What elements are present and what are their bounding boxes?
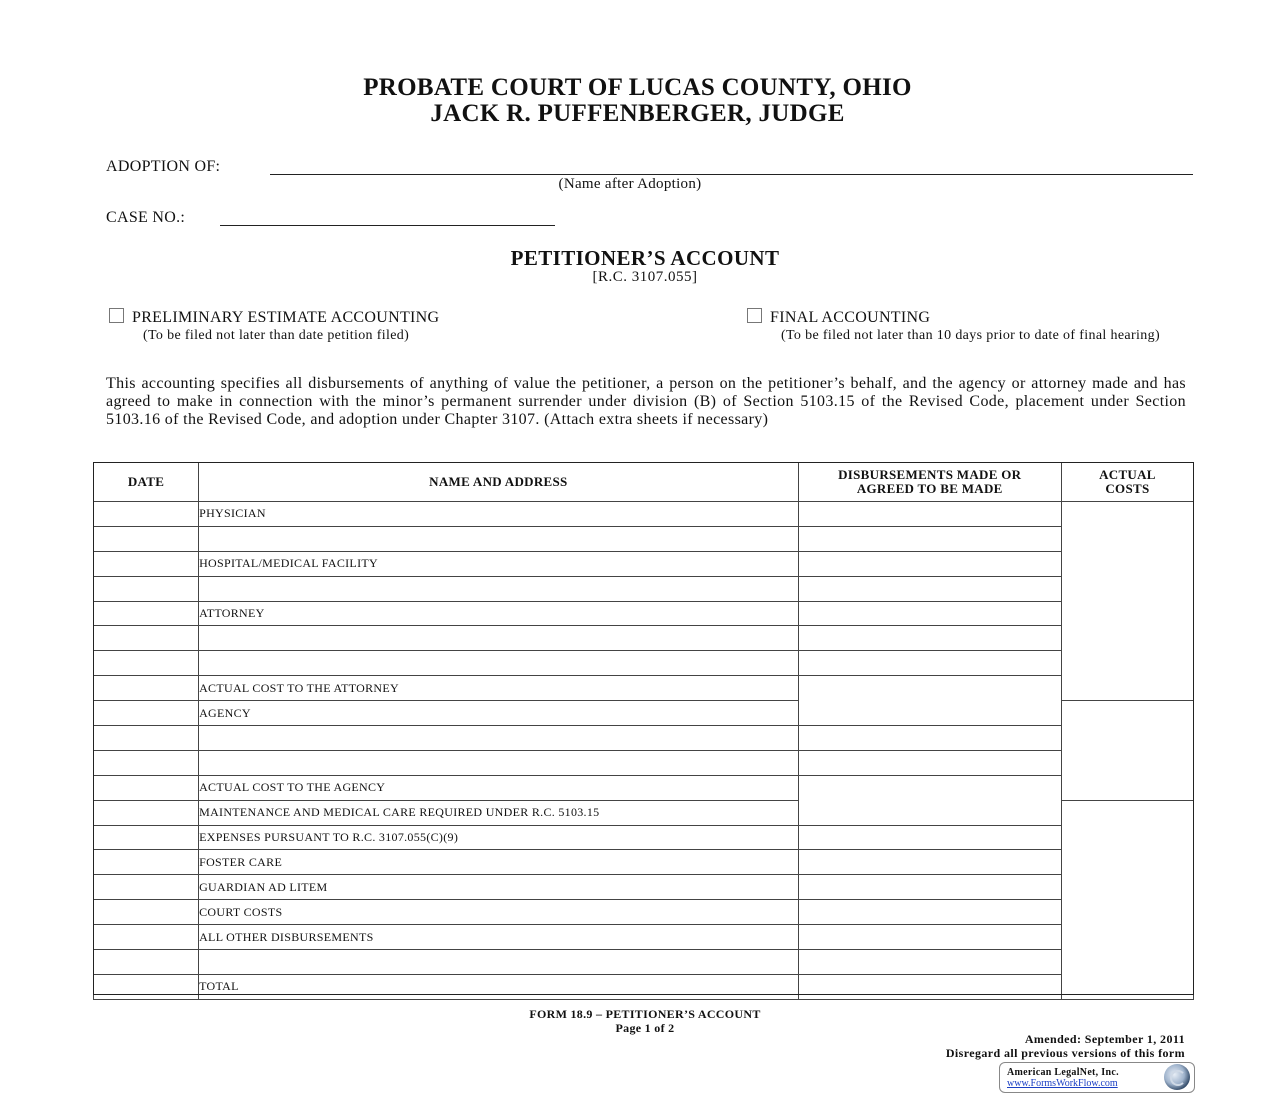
date-cell[interactable] <box>94 626 199 651</box>
date-cell[interactable] <box>94 800 199 825</box>
date-cell[interactable] <box>94 900 199 925</box>
disbursement-cell[interactable] <box>798 950 1061 975</box>
table-row: ATTORNEY <box>94 601 1194 626</box>
disbursements-table: DATE NAME AND ADDRESS DISBURSEMENTS MADE… <box>93 462 1194 1000</box>
table-row: HOSPITAL/MEDICAL FACILITY <box>94 551 1194 576</box>
date-cell[interactable] <box>94 875 199 900</box>
actual-cost-cell[interactable] <box>1061 800 1193 999</box>
case-number-field[interactable] <box>220 225 555 226</box>
name-address-cell[interactable]: ACTUAL COST TO THE AGENCY <box>199 775 799 800</box>
table-row: COURT COSTS <box>94 900 1194 925</box>
name-address-cell[interactable] <box>199 950 799 975</box>
form-footer: FORM 18.9 – PETITIONER’S ACCOUNT Page 1 … <box>0 1007 1275 1035</box>
date-cell[interactable] <box>94 502 199 527</box>
name-address-cell[interactable]: MAINTENANCE AND MEDICAL CARE REQUIRED UN… <box>199 800 799 825</box>
date-cell[interactable] <box>94 775 199 800</box>
name-address-cell[interactable]: ATTORNEY <box>199 601 799 626</box>
case-number-label: CASE NO.: <box>106 209 185 227</box>
form-citation: [R.C. 3107.055] <box>0 269 1275 286</box>
date-cell[interactable] <box>94 974 199 999</box>
disbursement-cell[interactable] <box>798 601 1061 626</box>
judge-name: JACK R. PUFFENBERGER, JUDGE <box>0 101 1275 127</box>
header-disbursements: DISBURSEMENTS MADE OR AGREED TO BE MADE <box>798 463 1061 502</box>
publisher-logo: American LegalNet, Inc. www.FormsWorkFlo… <box>999 1062 1195 1093</box>
table-row <box>94 750 1194 775</box>
table-row <box>94 726 1194 751</box>
table-row: PHYSICIAN <box>94 502 1194 527</box>
table-row: FOSTER CARE <box>94 850 1194 875</box>
date-cell[interactable] <box>94 950 199 975</box>
preliminary-label: PRELIMINARY ESTIMATE ACCOUNTING <box>132 309 439 326</box>
disbursement-cell[interactable] <box>798 676 1061 726</box>
form-title: PETITIONER’S ACCOUNT <box>0 246 1275 271</box>
final-accounting-option[interactable]: FINAL ACCOUNTING <box>747 308 930 327</box>
table-row <box>94 651 1194 676</box>
adoption-name-hint: (Name after Adoption) <box>0 176 1260 193</box>
court-name: PROBATE COURT OF LUCAS COUNTY, OHIO <box>0 75 1275 101</box>
date-cell[interactable] <box>94 526 199 551</box>
header-actual-costs: ACTUAL COSTS <box>1061 463 1193 502</box>
final-checkbox[interactable] <box>747 308 762 323</box>
disbursement-cell[interactable] <box>798 576 1061 601</box>
disbursement-cell[interactable] <box>798 900 1061 925</box>
table-row: EXPENSES PURSUANT TO R.C. 3107.055(C)(9) <box>94 825 1194 850</box>
preliminary-estimate-option[interactable]: PRELIMINARY ESTIMATE ACCOUNTING <box>109 308 439 327</box>
table-row: GUARDIAN AD LITEM <box>94 875 1194 900</box>
date-cell[interactable] <box>94 651 199 676</box>
name-address-cell[interactable]: AGENCY <box>199 701 799 726</box>
final-label: FINAL ACCOUNTING <box>770 309 930 326</box>
document-page: PROBATE COURT OF LUCAS COUNTY, OHIO JACK… <box>0 0 1275 1100</box>
form-name: FORM 18.9 – PETITIONER’S ACCOUNT <box>0 1007 1275 1021</box>
name-address-cell[interactable]: HOSPITAL/MEDICAL FACILITY <box>199 551 799 576</box>
table-row: TOTAL <box>94 974 1194 999</box>
adoption-name-field[interactable] <box>270 174 1193 175</box>
name-address-cell[interactable] <box>199 750 799 775</box>
intro-paragraph: This accounting specifies all disburseme… <box>106 375 1186 429</box>
table-row <box>94 576 1194 601</box>
table-row <box>94 950 1194 975</box>
date-cell[interactable] <box>94 825 199 850</box>
table-row <box>94 626 1194 651</box>
disbursement-cell[interactable] <box>798 502 1061 527</box>
name-address-cell[interactable] <box>199 651 799 676</box>
disbursement-cell[interactable] <box>798 925 1061 950</box>
disbursement-cell[interactable] <box>798 726 1061 751</box>
date-cell[interactable] <box>94 726 199 751</box>
amended-notice: Amended: September 1, 2011 Disregard all… <box>946 1032 1185 1060</box>
date-cell[interactable] <box>94 551 199 576</box>
preliminary-note: (To be filed not later than date petitio… <box>143 328 409 344</box>
disbursement-cell[interactable] <box>798 825 1061 850</box>
name-address-cell[interactable]: COURT COSTS <box>199 900 799 925</box>
amended-date: Amended: September 1, 2011 <box>946 1032 1185 1046</box>
disbursement-cell[interactable] <box>798 974 1061 999</box>
name-address-cell[interactable] <box>199 526 799 551</box>
name-address-cell[interactable]: FOSTER CARE <box>199 850 799 875</box>
table-row <box>94 526 1194 551</box>
name-address-cell[interactable] <box>199 626 799 651</box>
date-cell[interactable] <box>94 601 199 626</box>
table-header-row: DATE NAME AND ADDRESS DISBURSEMENTS MADE… <box>94 463 1194 502</box>
name-address-cell[interactable]: PHYSICIAN <box>199 502 799 527</box>
adoption-of-label: ADOPTION OF: <box>106 158 220 176</box>
disbursement-cell[interactable] <box>798 875 1061 900</box>
table-row: ACTUAL COST TO THE AGENCY <box>94 775 1194 800</box>
disbursement-cell[interactable] <box>798 526 1061 551</box>
disbursement-cell[interactable] <box>798 551 1061 576</box>
preliminary-checkbox[interactable] <box>109 308 124 323</box>
date-cell[interactable] <box>94 576 199 601</box>
name-address-cell[interactable]: TOTAL <box>199 974 799 999</box>
actual-cost-cell[interactable] <box>1061 502 1193 701</box>
header-date: DATE <box>94 463 199 502</box>
final-note: (To be filed not later than 10 days prio… <box>781 328 1191 344</box>
actual-cost-cell[interactable] <box>1061 701 1193 801</box>
date-cell[interactable] <box>94 750 199 775</box>
name-address-cell[interactable]: EXPENSES PURSUANT TO R.C. 3107.055(C)(9) <box>199 825 799 850</box>
header-name-address: NAME AND ADDRESS <box>199 463 799 502</box>
date-cell[interactable] <box>94 850 199 875</box>
disbursement-cell[interactable] <box>798 775 1061 825</box>
publisher-link[interactable]: www.FormsWorkFlow.com <box>1007 1078 1118 1089</box>
disregard-notice: Disregard all previous versions of this … <box>946 1046 1185 1060</box>
name-address-cell[interactable]: GUARDIAN AD LITEM <box>199 875 799 900</box>
name-address-cell[interactable] <box>199 726 799 751</box>
name-address-cell[interactable]: ACTUAL COST TO THE ATTORNEY <box>199 676 799 701</box>
publisher-name: American LegalNet, Inc. <box>1007 1067 1119 1078</box>
globe-icon <box>1164 1064 1190 1090</box>
table-row: ALL OTHER DISBURSEMENTS <box>94 925 1194 950</box>
date-cell[interactable] <box>94 676 199 701</box>
disbursement-cell[interactable] <box>798 651 1061 676</box>
date-cell[interactable] <box>94 925 199 950</box>
name-address-cell[interactable]: ALL OTHER DISBURSEMENTS <box>199 925 799 950</box>
disbursement-cell[interactable] <box>798 750 1061 775</box>
disbursement-cell[interactable] <box>798 626 1061 651</box>
disbursement-cell[interactable] <box>798 850 1061 875</box>
table-row: ACTUAL COST TO THE ATTORNEY <box>94 676 1194 701</box>
date-cell[interactable] <box>94 701 199 726</box>
name-address-cell[interactable] <box>199 576 799 601</box>
